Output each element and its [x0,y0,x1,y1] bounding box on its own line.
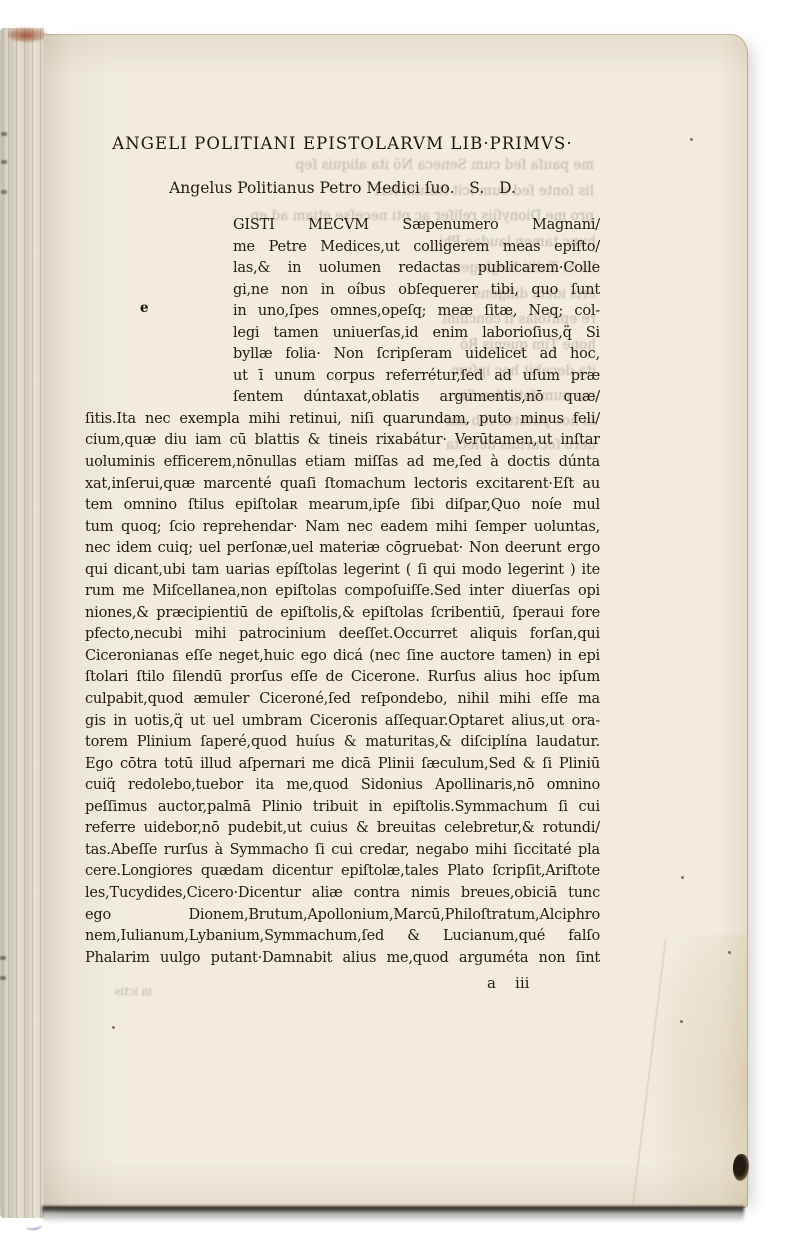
text-line: uoluminis efficerem,nōnullas etiam miſſa… [85,452,600,474]
printed-page: me pauſa ſed cum Seneca Nō ita aliquis ſ… [44,34,748,1208]
text-line: in uno,ſpes omnes,opeſq; meæ ſitæ, Neq; … [233,301,600,323]
text-line: culpabit,quod æmuler Ciceroné,ſed reſpon… [85,689,600,711]
text-line: byllæ folia· Non ſcripſeram uidelicet ad… [233,344,600,366]
text-line: gis in uotis,q̈ ut uel umbram Ciceronis … [85,711,600,733]
text-line: nec idem cuiq; uel perſonæ,uel materiæ c… [85,538,600,560]
showthrough-text: me pauſa ſed cum Seneca Nō ita aliquis ſ… [294,155,594,175]
foxing-speck [681,876,684,879]
text-line: tas.Abeſſe rurſus à Symmacho ſi cui cred… [85,840,600,862]
gutter-bleed-mark [1,190,7,194]
text-line: cere.Longiores quædam dicentur epiſtolæ,… [85,861,600,883]
text-line: ſtolari ſtilo ſilendū prorſus eſſe de Ci… [85,667,600,689]
text-line: torem Plinium ſaperé,quod huíus & maturi… [85,732,600,754]
text-line: rum me Miſcellanea,non epiſtolas compoſu… [85,581,600,603]
text-line: Ciceronianas eſſe neget,huic ego dicá (n… [85,646,600,668]
quire-signature: a iii [487,974,529,992]
text-line: ut ī unum corpus referrétur,ſed ad uſum … [233,366,600,388]
blue-pencil-mark [26,1221,43,1231]
text-line: xat,inſerui,quæ marcenté quaſi ſtomachum… [85,474,600,496]
foxing-speck [112,1026,115,1029]
text-line: Phalarim uulgo putant·Damnabit alius me,… [85,948,600,970]
text-line: cium,quæ diu iam cū blattis & tineis rix… [85,430,600,452]
text-line: cuiq̈ redolebo,tuebor ita me,quod Sidoni… [85,775,600,797]
text-line: ego Dionem,Brutum,Apollonium,Marcū,Philo… [85,905,600,927]
text-line: ſentem dúntaxat,oblatis argumentis,nō qu… [233,387,600,409]
gutter-bleed-mark [1,132,7,136]
book-gutter-leaf-edges [0,28,44,1218]
page-bottom-shadow [42,1206,744,1223]
page-heading: ANGELI POLITIANI EPISTOLARVM LIB·PRIMVS· [85,134,600,153]
showthrough-text: in ictis [82,982,152,1002]
gutter-bleed-mark [0,976,6,980]
book-photo: { "document": { "header": "ANGELI POLITI… [0,0,789,1260]
text-line: gi,ne non in oíbus obſequerer tibi, quo … [233,280,600,302]
foxing-speck [728,951,731,954]
text-line: tum quoq; ſcio reprehendar· Nam nec eade… [85,517,600,539]
text-line: Ego cōtra totū illud aſpernari me dicā P… [85,754,600,776]
text-line: referre uidebor,nō pudebit,ut cuius & br… [85,818,600,840]
foxing-speck [690,138,693,141]
body-text: GISTI MECVM Sæpenumero Magnani/ me Petre… [85,215,600,969]
foxing-speck [680,1020,683,1023]
text-line: qui dicant,ubi tam uarias epíſtolas lege… [85,560,600,582]
damp-stain [629,935,747,1207]
text-line: niones,& præcipientiū de epiſtolis,& epi… [85,603,600,625]
text-line: ſitis.Ita nec exempla mihi retinui, niſi… [85,409,600,431]
text-line: las,& in uolumen redactas publicarem·Col… [233,258,600,280]
top-edge-stain [8,27,48,42]
text-line: GISTI MECVM Sæpenumero Magnani/ [233,215,600,237]
text-line: nem,Iulianum,Lybanium,Symmachum,ſed & Lu… [85,926,600,948]
text-line: me Petre Medices,ut colligerem meas epiſ… [233,237,600,259]
text-line: pfecto,necubi mihi patrocinium deeſſet.O… [85,624,600,646]
gutter-bleed-mark [1,160,7,164]
text-line: tem omnino ſtilus epiſtolaʀ mearum,ipſe … [85,495,600,517]
salutation-line: Angelus Politianus Petro Medici ſuo. S. … [85,179,600,197]
gutter-bleed-mark [0,956,6,960]
text-line: les,Tucydides,Cicero·Dicentur aliæ contr… [85,883,600,905]
text-line: peſſimus auctor,palmā Plinio tribuit in … [85,797,600,819]
text-line: legi tamen uniuerſas,id enim laborioſius… [233,323,600,345]
